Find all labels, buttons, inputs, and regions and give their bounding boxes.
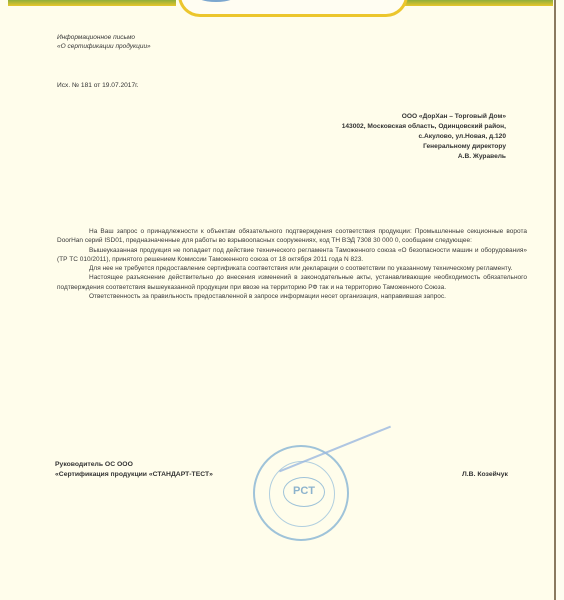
signatory-title-line2: «Сертификация продукции «СТАНДАРТ-ТЕСТ»	[55, 470, 213, 480]
document-type: Информационное письмо «О сертификации пр…	[57, 33, 151, 51]
signatory-title: Руководитель ОС ООО «Сертификация продук…	[55, 460, 213, 480]
body-paragraph: Ответственность за правильность предоста…	[57, 292, 527, 301]
header-band-right	[403, 0, 553, 6]
addressee-address-line2: с.Акулово, ул.Новая, д.120	[342, 132, 506, 142]
signatory-title-line1: Руководитель ОС ООО	[55, 460, 213, 470]
addressee-company: ООО «ДорХан – Торговый Дом»	[342, 112, 506, 122]
addressee-name: А.В. Журавель	[342, 152, 506, 162]
header-band-left	[8, 0, 176, 6]
body-paragraph: На Ваш запрос о принадлежности к объекта…	[57, 227, 527, 246]
document-type-line2: «О сертификации продукции»	[57, 42, 151, 51]
letter-body: На Ваш запрос о принадлежности к объекта…	[57, 227, 527, 301]
addressee-address-line1: 143002, Московская область, Одинцовский …	[342, 122, 506, 132]
addressee-position: Генеральному директору	[342, 142, 506, 152]
body-paragraph: Вышеуказанная продукция не попадает под …	[57, 246, 527, 265]
addressee-block: ООО «ДорХан – Торговый Дом» 143002, Моск…	[342, 112, 506, 162]
body-paragraph: Настоящее разъяснение действительно до в…	[57, 273, 527, 292]
stamp-mark: PCT	[283, 477, 325, 507]
reference-number: Исх. № 181 от 19.07.2017г.	[57, 81, 139, 90]
company-logo: ТЕСТ	[178, 0, 408, 17]
signatory-name: Л.В. Козейчук	[462, 471, 508, 478]
logo-emblem-icon	[193, 0, 239, 2]
letter-page: ТЕСТ Информационное письмо «О сертификац…	[0, 0, 556, 600]
certification-stamp-icon: PCT	[253, 445, 349, 541]
body-paragraph: Для нее не требуется предоставление серт…	[57, 264, 527, 273]
document-type-line1: Информационное письмо	[57, 33, 151, 42]
